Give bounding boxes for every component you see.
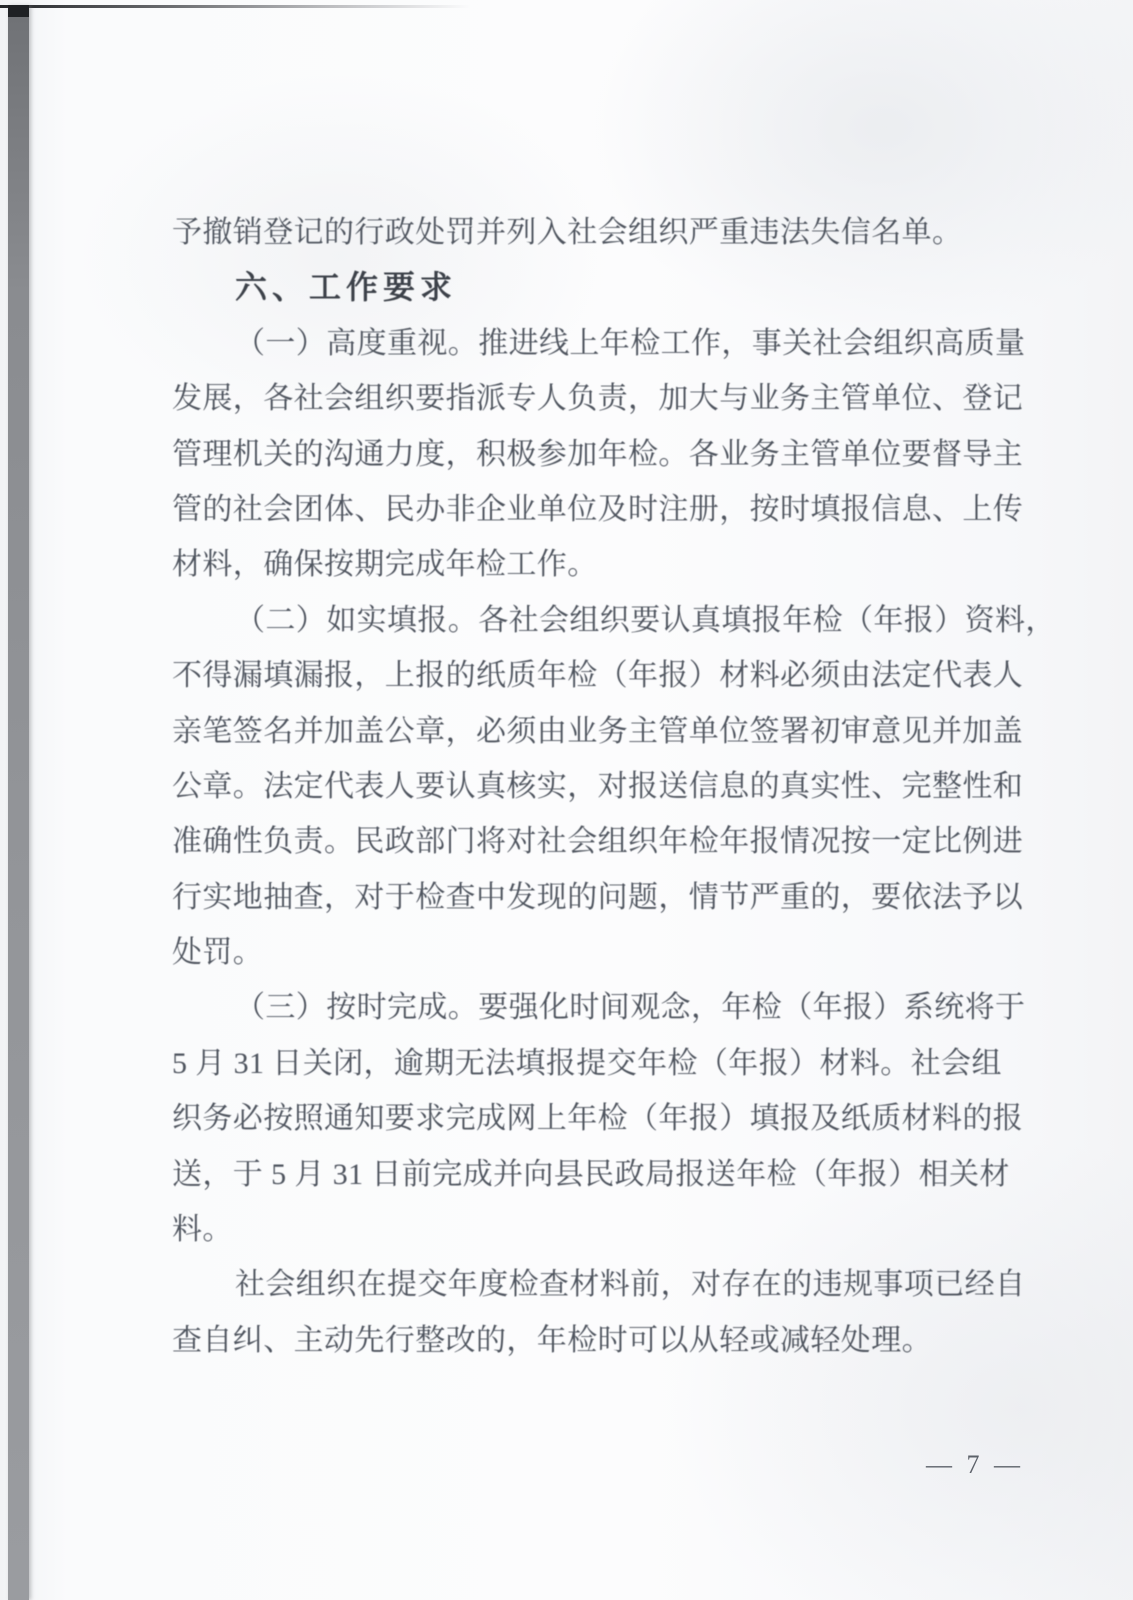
scan-artifact-top-line — [0, 5, 470, 8]
text-line: （三）按时完成。要强化时间观念，年检（年报）系统将于 — [172, 980, 1032, 1035]
text-line: 料。 — [172, 1202, 1032, 1257]
text-line: 管理机关的沟通力度，积极参加年检。各业务主管单位要督导主 — [172, 427, 1032, 482]
text-line: 予撤销登记的行政处罚并列入社会组织严重违法失信名单。 — [172, 205, 1032, 260]
text-line: （二）如实填报。各社会组织要认真填报年检（年报）资料， — [172, 593, 1032, 648]
text-line: 发展，各社会组织要指派专人负责，加大与业务主管单位、登记 — [172, 371, 1032, 426]
text-line: （一）高度重视。推进线上年检工作，事关社会组织高质量 — [172, 316, 1032, 371]
text-line: 公章。法定代表人要认真核实，对报送信息的真实性、完整性和 — [172, 759, 1032, 814]
text-line: 不得漏填漏报，上报的纸质年检（年报）材料必须由法定代表人 — [172, 648, 1032, 703]
text-line: 社会组织在提交年度检查材料前，对存在的违规事项已经自 — [172, 1257, 1032, 1312]
text-line: 准确性负责。民政部门将对社会组织年检年报情况按一定比例进 — [172, 814, 1032, 869]
scan-artifact-edge-strip — [8, 6, 29, 1600]
scan-artifact-edge-strip-top — [8, 5, 29, 17]
text-line: 材料，确保按期完成年检工作。 — [172, 537, 1032, 592]
document-body: 予撤销登记的行政处罚并列入社会组织严重违法失信名单。六、工作要求（一）高度重视。… — [172, 205, 1032, 1368]
text-line: 管的社会团体、民办非企业单位及时注册，按时填报信息、上传 — [172, 482, 1032, 537]
text-line: 送，于 5 月 31 日前完成并向县民政局报送年检（年报）相关材 — [172, 1147, 1032, 1202]
text-line: 5 月 31 日关闭，逾期无法填报提交年检（年报）材料。社会组 — [172, 1036, 1032, 1091]
section-heading: 六、工作要求 — [172, 260, 1032, 315]
text-line: 行实地抽查，对于检查中发现的问题，情节严重的，要依法予以 — [172, 870, 1032, 925]
text-line: 查自纠、主动先行整改的，年检时可以从轻或减轻处理。 — [172, 1313, 1032, 1368]
text-line: 亲笔签名并加盖公章，必须由业务主管单位签署初审意见并加盖 — [172, 704, 1032, 759]
text-line: 织务必按照通知要求完成网上年检（年报）填报及纸质材料的报 — [172, 1091, 1032, 1146]
scanned-document-page: 予撤销登记的行政处罚并列入社会组织严重违法失信名单。六、工作要求（一）高度重视。… — [0, 0, 1133, 1600]
page-number: — 7 — — [905, 1440, 1045, 1490]
text-line: 处罚。 — [172, 925, 1032, 980]
